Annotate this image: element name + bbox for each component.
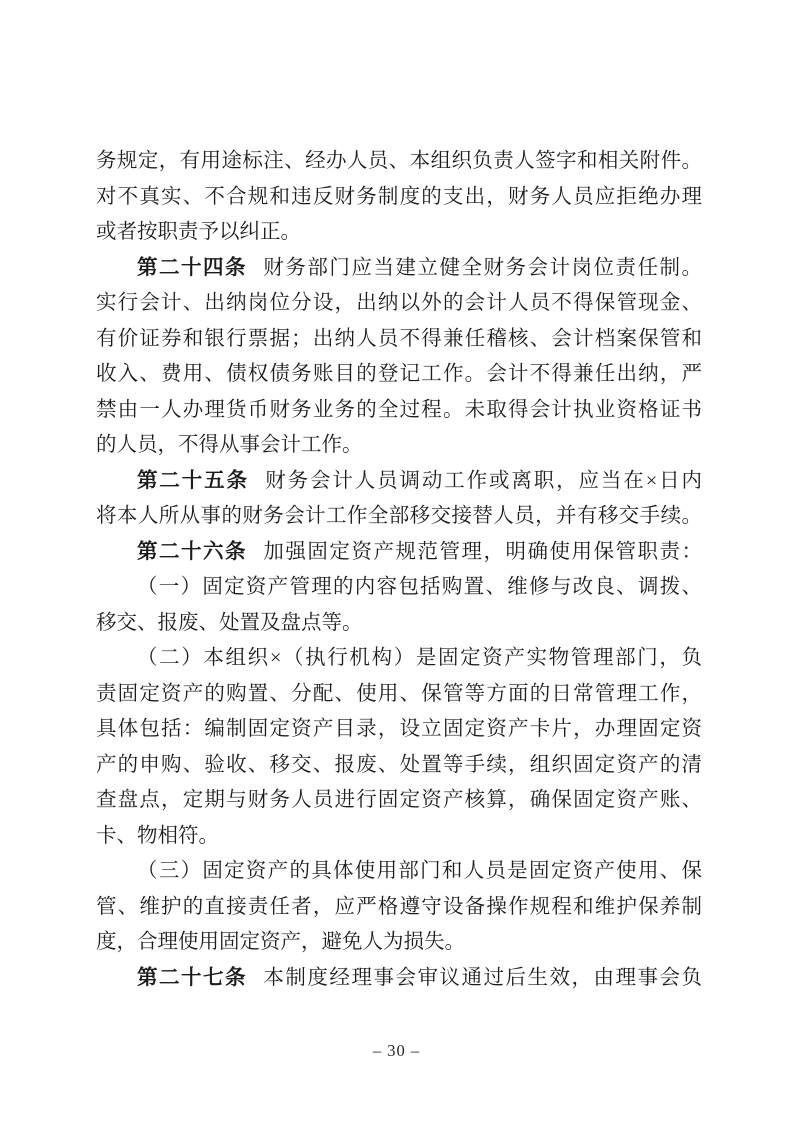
text-line: 责固定资产的购置、分配、使用、保管等方面的日常管理工作， [96,677,702,713]
text-line: 管、维护的直接责任者，应严格遵守设备操作规程和维护保养制 [96,890,702,926]
text-line: 收入、费用、债权债务账目的登记工作。会计不得兼任出纳，严 [96,357,702,393]
text-line: 禁由一人办理货币财务业务的全过程。未取得会计执业资格证书 [96,393,702,429]
text-line: 有价证券和银行票据；出纳人员不得兼任稽核、会计档案保管和 [96,322,702,358]
article-26: 第二十六条加强固定资产规范管理，明确使用保管职责： [96,535,702,571]
text-line: 对不真实、不合规和违反财务制度的支出，财务人员应拒绝办理 [96,180,702,216]
document-page: 务规定，有用途标注、经办人员、本组织负责人签字和相关附件。对不真实、不合规和违反… [0,0,793,1122]
text-line: 度，合理使用固定资产，避免人为损失。 [96,925,702,961]
text-line: 的人员，不得从事会计工作。 [96,428,702,464]
article-24: 第二十四条财务部门应当建立健全财务会计岗位责任制。实行会计、出纳岗位分设，出纳以… [96,251,702,464]
article-number: 第二十五条 [137,470,249,492]
text-line: 移交、报废、处置及盘点等。 [96,606,702,642]
text-line: 产的申购、验收、移交、报废、处置等手续，组织固定资产的清 [96,748,702,784]
text-line: 或者按职责予以纠正。 [96,215,702,251]
text-line: （二）本组织×（执行机构）是固定资产实物管理部门，负 [96,641,702,677]
item-2: （二）本组织×（执行机构）是固定资产实物管理部门，负责固定资产的购置、分配、使用… [96,641,702,854]
text-line: 具体包括：编制固定资产目录，设立固定资产卡片，办理固定资 [96,712,702,748]
article-number: 第二十七条 [137,967,247,989]
text-line: 查盘点，定期与财务人员进行固定资产核算，确保固定资产账、 [96,783,702,819]
article-27: 第二十七条本制度经理事会审议通过后生效，由理事会负 [96,961,702,997]
text-line: 将本人所从事的财务会计工作全部移交接替人员，并有移交手续。 [96,499,702,535]
text-line: 第二十七条本制度经理事会审议通过后生效，由理事会负 [96,961,702,997]
text-line: （一）固定资产管理的内容包括购置、维修与改良、调拨、 [96,570,702,606]
text-line: 第二十四条财务部门应当建立健全财务会计岗位责任制。 [96,251,702,287]
item-3: （三）固定资产的具体使用部门和人员是固定资产使用、保管、维护的直接责任者，应严格… [96,854,702,961]
text-line: 第二十五条财务会计人员调动工作或离职，应当在×日内 [96,464,702,500]
article-25: 第二十五条财务会计人员调动工作或离职，应当在×日内将本人所从事的财务会计工作全部… [96,464,702,535]
text-line: （三）固定资产的具体使用部门和人员是固定资产使用、保 [96,854,702,890]
text-line: 务规定，有用途标注、经办人员、本组织负责人签字和相关附件。 [96,144,702,180]
text-line: 实行会计、出纳岗位分设，出纳以外的会计人员不得保管现金、 [96,286,702,322]
text-line: 卡、物相符。 [96,819,702,855]
document-body: 务规定，有用途标注、经办人员、本组织负责人签字和相关附件。对不真实、不合规和违反… [96,144,702,996]
article-number: 第二十六条 [137,541,247,563]
item-1: （一）固定资产管理的内容包括购置、维修与改良、调拨、移交、报废、处置及盘点等。 [96,570,702,641]
text-line: 第二十六条加强固定资产规范管理，明确使用保管职责： [96,535,702,571]
article-number: 第二十四条 [137,257,247,279]
page-number: – 30 – [0,1040,793,1062]
paragraph-continuation: 务规定，有用途标注、经办人员、本组织负责人签字和相关附件。对不真实、不合规和违反… [96,144,702,251]
